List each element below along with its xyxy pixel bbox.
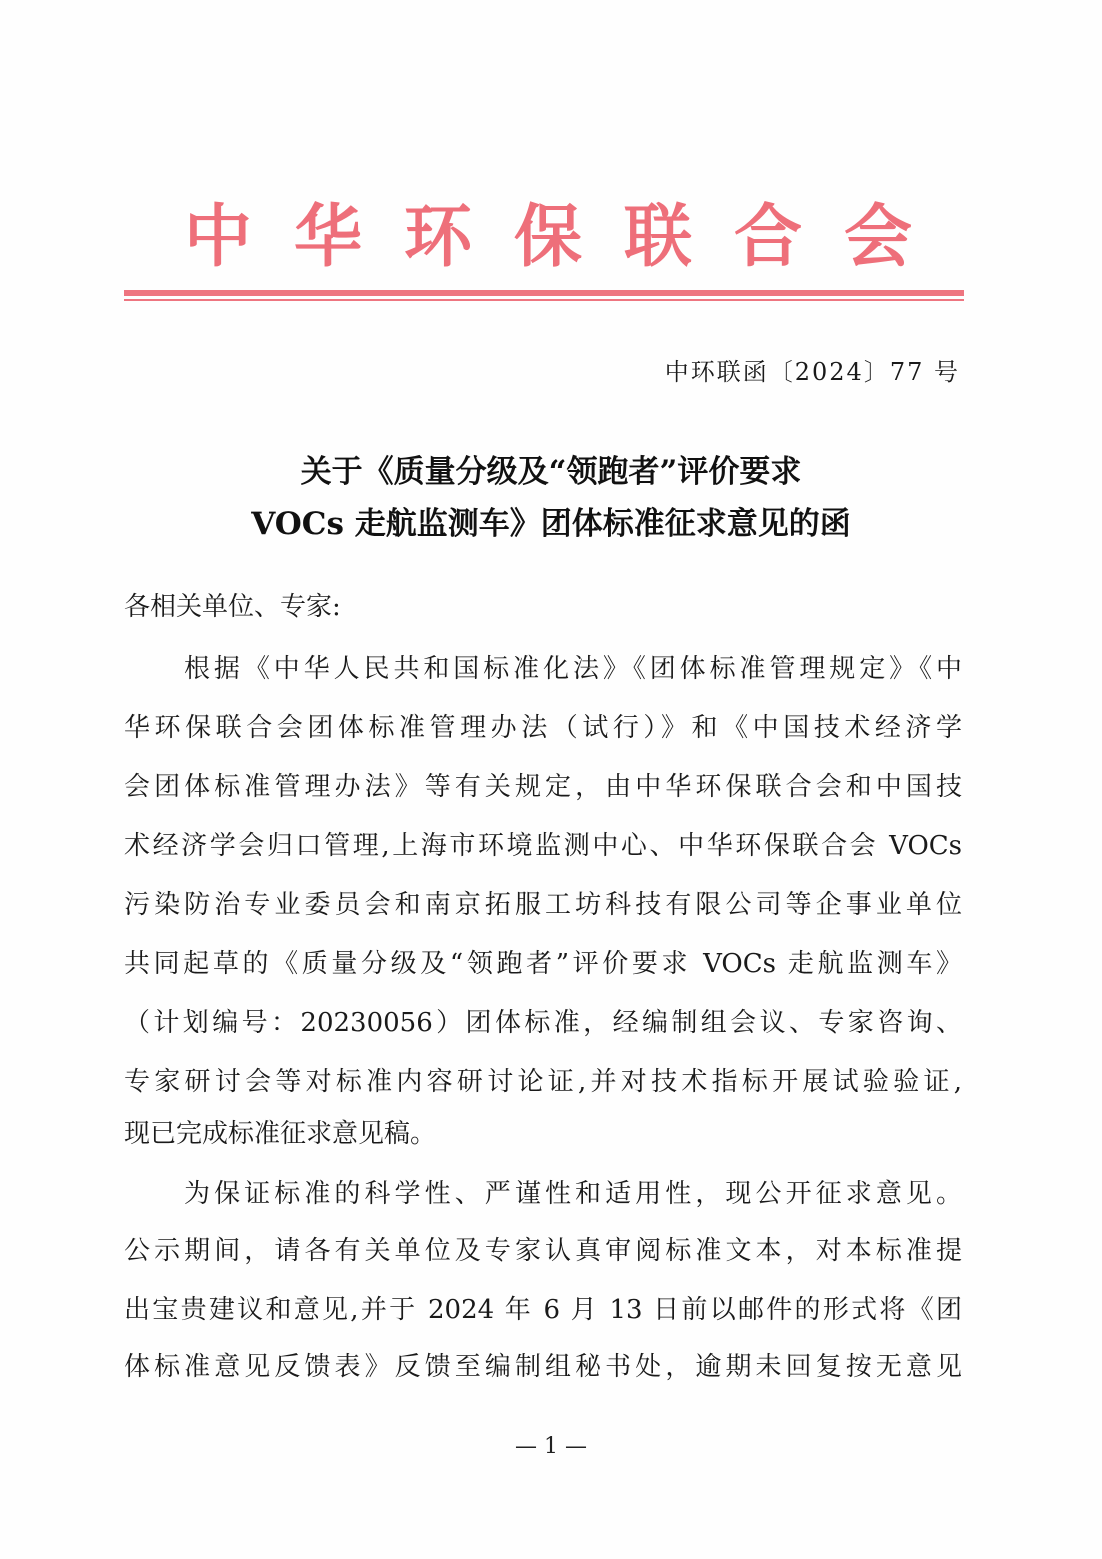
org-char: 中 bbox=[178, 183, 258, 280]
document-title-line-1: 关于《质量分级及“领跑者”评价要求 bbox=[0, 446, 1102, 491]
letterhead-rule-thick bbox=[124, 290, 964, 296]
body-line: 华环保联合会团体标准管理办法（试行）》和《中国技术经济学 bbox=[124, 711, 962, 745]
page-number: — 1 — bbox=[0, 1434, 1102, 1459]
org-char: 保 bbox=[508, 183, 588, 280]
body-line: 会团体标准管理办法》等有关规定，由中华环保联合会和中国技 bbox=[124, 770, 962, 804]
body-line: 共同起草的《质量分级及“领跑者”评价要求 VOCs 走航监测车》 bbox=[124, 947, 962, 981]
body-line: 为保证标准的科学性、严谨性和适用性，现公开征求意见。 bbox=[184, 1177, 962, 1211]
org-char: 华 bbox=[288, 183, 368, 280]
body-line: 现已完成标准征求意见稿。 bbox=[124, 1117, 962, 1151]
body-line: 专家研讨会等对标准内容研讨论证,并对技术指标开展试验验证, bbox=[124, 1065, 962, 1099]
letterhead-rule-thin bbox=[124, 299, 964, 301]
body-line: 污染防治专业委员会和南京拓服工坊科技有限公司等企事业单位 bbox=[124, 888, 962, 922]
org-char: 联 bbox=[618, 183, 698, 280]
org-char: 合 bbox=[728, 183, 808, 280]
document-title-line-2: VOCs 走航监测车》团体标准征求意见的函 bbox=[0, 498, 1102, 543]
org-char: 环 bbox=[398, 183, 478, 280]
body-line: （计划编号：20230056）团体标准，经编制组会议、专家咨询、 bbox=[124, 1006, 962, 1040]
body-line: 根据《中华人民共和国标准化法》《团体标准管理规定》《中 bbox=[184, 652, 962, 686]
body-line: 术经济学会归口管理,上海市环境监测中心、中华环保联合会 VOCs bbox=[124, 829, 962, 863]
body-line: 公示期间，请各有关单位及专家认真审阅标准文本，对本标准提 bbox=[124, 1234, 962, 1268]
body-line: 体标准意见反馈表》反馈至编制组秘书处，逾期未回复按无意见 bbox=[124, 1350, 962, 1384]
document-page: 中 华 环 保 联 合 会 中环联函〔2024〕77 号 关于《质量分级及“领跑… bbox=[0, 0, 1102, 1559]
document-number: 中环联函〔2024〕77 号 bbox=[665, 352, 960, 387]
salutation: 各相关单位、专家: bbox=[124, 590, 962, 624]
org-char: 会 bbox=[838, 183, 918, 280]
body-line: 出宝贵建议和意见,并于 2024 年 6 月 13 日前以邮件的形式将《团 bbox=[124, 1293, 962, 1327]
letterhead-org-name: 中 华 环 保 联 合 会 bbox=[178, 186, 918, 276]
